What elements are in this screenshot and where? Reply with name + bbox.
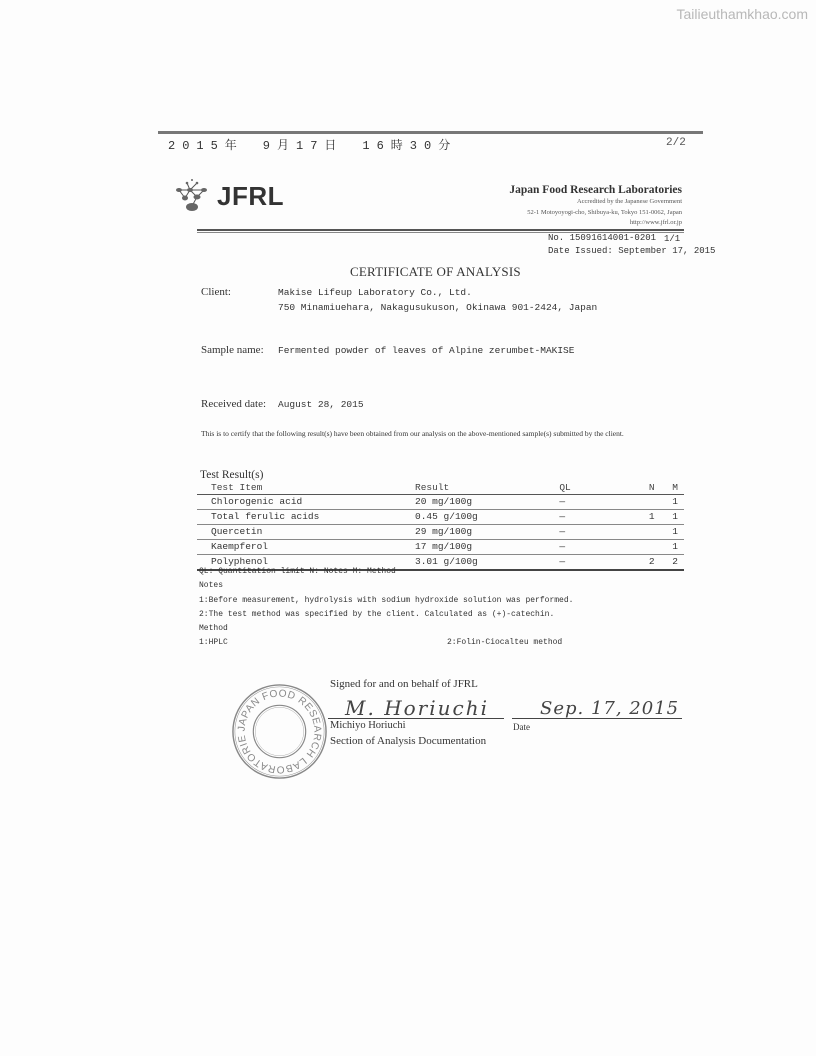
official-seal-stamp: JAPAN FOOD RESEARCH LABORATORIES bbox=[231, 683, 328, 780]
client-address: 750 Minamiuehara, Nakagusukuson, Okinawa… bbox=[278, 302, 597, 313]
certify-statement: This is to certify that the following re… bbox=[201, 427, 641, 440]
watermark: Tailieuthamkhao.com bbox=[676, 6, 808, 22]
column-header-result: Result bbox=[415, 482, 559, 495]
handwritten-date: Sep. 17, 2015 bbox=[540, 698, 679, 719]
cell-result: 17 mg/100g bbox=[415, 540, 559, 555]
column-header-method: M bbox=[655, 482, 684, 495]
certificate-number: No. 15091614001-0201 bbox=[548, 233, 656, 243]
organization-block: Japan Food Research Laboratories Accredi… bbox=[422, 184, 682, 226]
signer-section: Section of Analysis Documentation bbox=[330, 735, 486, 747]
cell-notes bbox=[627, 495, 654, 510]
method-item: 2:Folin-Ciocalteu method bbox=[447, 638, 562, 647]
cell-notes bbox=[627, 525, 654, 540]
header-rule bbox=[197, 229, 684, 231]
cell-ql: — bbox=[559, 540, 627, 555]
received-date: August 28, 2015 bbox=[278, 399, 364, 410]
cell-method: 1 bbox=[655, 540, 684, 555]
cell-result: 20 mg/100g bbox=[415, 495, 559, 510]
results-table: Test Item Result QL N M Chlorogenic acid… bbox=[197, 482, 684, 571]
cell-ql: — bbox=[559, 510, 627, 525]
signed-for-text: Signed for and on behalf of JFRL bbox=[330, 678, 478, 690]
organization-address: 52-1 Motoyoyogi-cho, Shibuya-ku, Tokyo 1… bbox=[422, 209, 682, 216]
jfrl-logo: JFRL bbox=[175, 178, 284, 214]
fax-timestamp: 2015年 9月17日 16時30分 bbox=[168, 136, 457, 153]
organization-url: http://www.jfrl.or.jp bbox=[422, 219, 682, 226]
cell-notes bbox=[627, 540, 654, 555]
fax-page-number: 2/2 bbox=[666, 137, 686, 149]
stamp-text: JAPAN FOOD RESEARCH LABORATORIES bbox=[231, 683, 323, 775]
cell-method: 1 bbox=[655, 495, 684, 510]
client-label: Client: bbox=[201, 286, 231, 298]
column-header-notes: N bbox=[627, 482, 654, 495]
cell-test-item: Kaempferol bbox=[197, 540, 415, 555]
cell-method: 1 bbox=[655, 510, 684, 525]
cell-notes: 2 bbox=[627, 555, 654, 571]
method-item: 1:HPLC bbox=[199, 638, 228, 647]
results-heading: Test Result(s) bbox=[200, 469, 263, 481]
sample-label: Sample name: bbox=[201, 344, 264, 356]
cell-ql: — bbox=[559, 525, 627, 540]
date-issued: Date Issued: September 17, 2015 bbox=[548, 246, 715, 256]
cell-test-item: Chlorogenic acid bbox=[197, 495, 415, 510]
results-header-row: Test Item Result QL N M bbox=[197, 482, 684, 495]
molecule-network-icon bbox=[175, 178, 213, 214]
svg-text:JAPAN FOOD RESEARCH LABORATORI: JAPAN FOOD RESEARCH LABORATORIES bbox=[231, 683, 323, 775]
date-label: Date bbox=[513, 722, 530, 732]
cell-test-item: Quercetin bbox=[197, 525, 415, 540]
table-row: Quercetin29 mg/100g—1 bbox=[197, 525, 684, 540]
organization-accreditation: Accredited by the Japanese Government bbox=[422, 198, 682, 205]
received-label: Received date: bbox=[201, 398, 266, 410]
table-row: Total ferulic acids0.45 g/100g—11 bbox=[197, 510, 684, 525]
cell-ql: — bbox=[559, 495, 627, 510]
cell-test-item: Total ferulic acids bbox=[197, 510, 415, 525]
document-title: CERTIFICATE OF ANALYSIS bbox=[350, 264, 521, 280]
cell-result: 3.01 g/100g bbox=[415, 555, 559, 571]
note-item: 1:Before measurement, hydrolysis with so… bbox=[199, 596, 573, 605]
table-row: Chlorogenic acid20 mg/100g—1 bbox=[197, 495, 684, 510]
cell-ql: — bbox=[559, 555, 627, 571]
column-header-ql: QL bbox=[559, 482, 627, 495]
organization-name: Japan Food Research Laboratories bbox=[422, 184, 682, 196]
cell-method: 2 bbox=[655, 555, 684, 571]
signer-name: Michiyo Horiuchi bbox=[330, 720, 406, 731]
table-legend: QL: Quantitation limit N: Notes M: Metho… bbox=[199, 567, 396, 576]
logo-text: JFRL bbox=[217, 181, 284, 212]
cell-result: 29 mg/100g bbox=[415, 525, 559, 540]
cell-result: 0.45 g/100g bbox=[415, 510, 559, 525]
column-header-test-item: Test Item bbox=[197, 482, 415, 495]
cell-method: 1 bbox=[655, 525, 684, 540]
handwritten-signature: M. Horiuchi bbox=[345, 696, 489, 720]
date-line bbox=[512, 718, 682, 719]
certificate-pages: 1/1 bbox=[664, 234, 680, 244]
sample-name: Fermented powder of leaves of Alpine zer… bbox=[278, 345, 574, 356]
notes-heading: Notes bbox=[199, 581, 223, 590]
method-heading: Method bbox=[199, 624, 228, 633]
cell-notes: 1 bbox=[627, 510, 654, 525]
fax-header-rule bbox=[158, 131, 703, 134]
note-item: 2:The test method was specified by the c… bbox=[199, 610, 554, 619]
signature-line bbox=[328, 718, 504, 719]
client-name: Makise Lifeup Laboratory Co., Ltd. bbox=[278, 287, 472, 298]
table-row: Kaempferol17 mg/100g—1 bbox=[197, 540, 684, 555]
